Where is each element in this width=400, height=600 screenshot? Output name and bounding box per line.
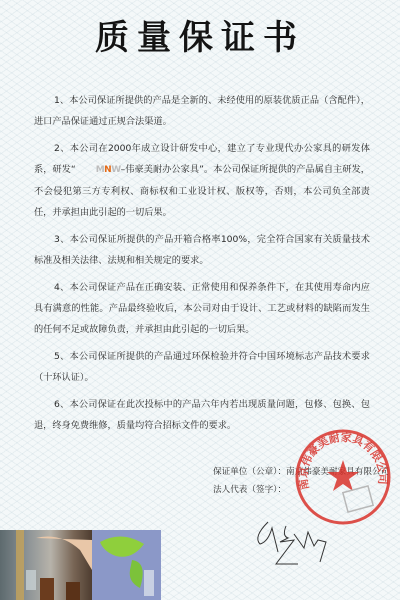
paragraph-4: 4、本公司保证产品在正确安装、正常使用和保养条件下，在其使用寿命内应具有满意的性… xyxy=(34,277,370,340)
brand-logo: MNW xyxy=(76,160,121,181)
handwritten-signature xyxy=(248,512,338,572)
guarantee-body: 1、本公司保证所提供的产品是全新的、未经使用的原装优质正品（含配件），进口产品保… xyxy=(34,90,370,442)
guarantor-label: 保证单位（公章）： xyxy=(213,467,286,477)
paragraph-3: 3、本公司保证所提供的产品开箱合格率100%，完全符合国家有关质量技术标准及相关… xyxy=(34,229,370,271)
legal-rep-label: 法人代表（签字）： xyxy=(213,485,286,495)
plant-leaf-photo xyxy=(92,530,161,600)
paragraph-5: 5、本公司保证所提供的产品通过环保检验并符合中国环境标志产品技术要求（十环认证）… xyxy=(34,346,370,388)
laboratory-photo xyxy=(0,530,92,600)
paragraph-2: 2、本公司在2000年成立设计研发中心，建立了专业现代办公家具的研发体系，研发“… xyxy=(34,138,370,223)
paragraph-1: 1、本公司保证所提供的产品是全新的、未经使用的原装优质正品（含配件），进口产品保… xyxy=(34,90,370,132)
document-title: 质量保证书 xyxy=(0,10,400,59)
